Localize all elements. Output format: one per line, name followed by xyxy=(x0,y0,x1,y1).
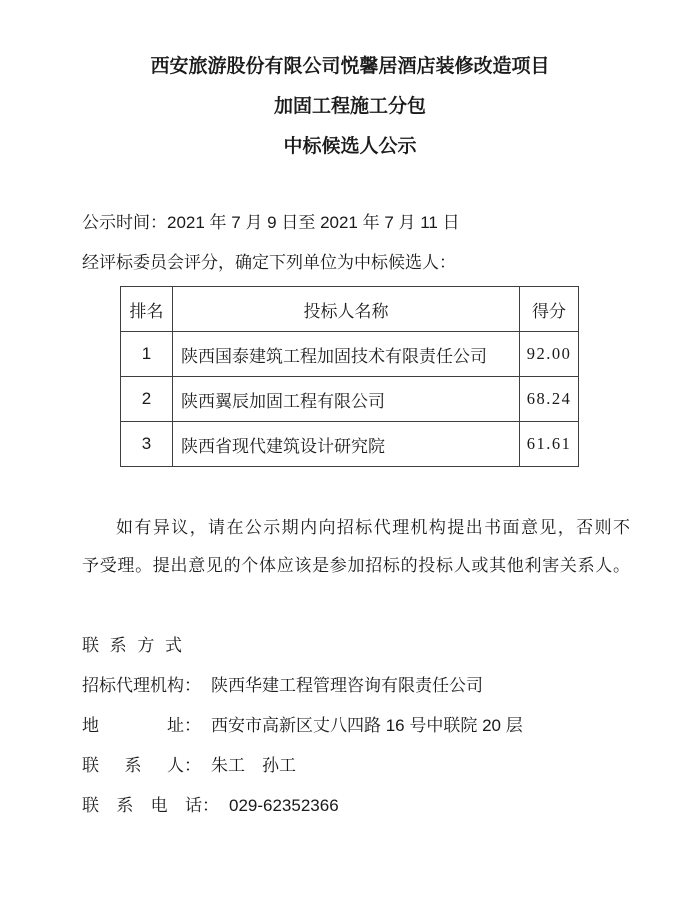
agency-label: 招标代理机构 xyxy=(82,666,184,706)
score-cell: 61.61 xyxy=(520,422,579,467)
publicity-period-line: 公示时间：2021 年 7 月 9 日至 2021 年 7 月 11 日 xyxy=(82,203,630,243)
contact-person-value: 朱工 孙工 xyxy=(211,756,296,775)
score-cell: 92.00 xyxy=(520,332,579,377)
contact-line-agency: 招标代理机构：陕西华建工程管理咨询有限责任公司 xyxy=(82,666,630,706)
bidder-cell: 陕西国泰建筑工程加固技术有限责任公司 xyxy=(173,332,520,377)
header-score: 得分 xyxy=(520,287,579,332)
intro-section: 公示时间：2021 年 7 月 9 日至 2021 年 7 月 11 日 经评标… xyxy=(82,203,630,283)
candidates-table: 排名 投标人名称 得分 1 陕西国泰建筑工程加固技术有限责任公司 92.00 2… xyxy=(120,286,579,467)
document-title: 西安旅游股份有限公司悦馨居酒店装修改造项目 加固工程施工分包 中标候选人公示 xyxy=(70,47,630,167)
contact-line-person: 联系人：朱工 孙工 xyxy=(82,746,630,786)
table-row: 3 陕西省现代建筑设计研究院 61.61 xyxy=(121,422,579,467)
agency-value: 陕西华建工程管理咨询有限责任公司 xyxy=(211,676,483,695)
objection-line-2: 予受理。提出意见的个体应该是参加招标的投标人或其他利害关系人。 xyxy=(82,547,630,585)
score-cell: 68.24 xyxy=(520,377,579,422)
objection-paragraph: 如有异议，请在公示期内向招标代理机构提出书面意见，否则不 予受理。提出意见的个体… xyxy=(82,509,630,585)
colon-separator: ： xyxy=(184,706,201,746)
table-row: 2 陕西翼辰加固工程有限公司 68.24 xyxy=(121,377,579,422)
address-value: 西安市高新区丈八四路 16 号中联院 20 层 xyxy=(211,716,523,735)
colon-separator: ： xyxy=(184,666,201,706)
phone-label: 联系电话 xyxy=(82,786,202,826)
contact-section: 联系方式 招标代理机构：陕西华建工程管理咨询有限责任公司 地址：西安市高新区丈八… xyxy=(82,626,630,826)
table-header-row: 排名 投标人名称 得分 xyxy=(121,287,579,332)
contact-line-address: 地址：西安市高新区丈八四路 16 号中联院 20 层 xyxy=(82,706,630,746)
objection-line-1: 如有异议，请在公示期内向招标代理机构提出书面意见，否则不 xyxy=(82,509,630,547)
header-rank: 排名 xyxy=(121,287,173,332)
title-line-project: 西安旅游股份有限公司悦馨居酒店装修改造项目 xyxy=(70,47,630,87)
table-row: 1 陕西国泰建筑工程加固技术有限责任公司 92.00 xyxy=(121,332,579,377)
rank-cell: 3 xyxy=(121,422,173,467)
rank-cell: 2 xyxy=(121,377,173,422)
phone-value: 029-62352366 xyxy=(229,796,339,815)
contact-person-label: 联系人 xyxy=(82,746,184,786)
colon-separator: ： xyxy=(184,746,201,786)
contact-section-title-line: 联系方式 xyxy=(82,626,630,666)
colon-separator: ： xyxy=(202,786,219,826)
address-label: 地址 xyxy=(82,706,184,746)
contact-line-phone: 联系电话：029-62352366 xyxy=(82,786,630,826)
bidder-cell: 陕西翼辰加固工程有限公司 xyxy=(173,377,520,422)
title-line-package: 加固工程施工分包 xyxy=(70,87,630,127)
evaluation-note-line: 经评标委员会评分，确定下列单位为中标候选人： xyxy=(82,243,630,283)
title-line-announcement: 中标候选人公示 xyxy=(70,127,630,167)
bidder-cell: 陕西省现代建筑设计研究院 xyxy=(173,422,520,467)
rank-cell: 1 xyxy=(121,332,173,377)
header-bidder-name: 投标人名称 xyxy=(173,287,520,332)
contact-section-title: 联系方式 xyxy=(82,626,182,666)
announcement-document: 西安旅游股份有限公司悦馨居酒店装修改造项目 加固工程施工分包 中标候选人公示 公… xyxy=(0,0,700,912)
